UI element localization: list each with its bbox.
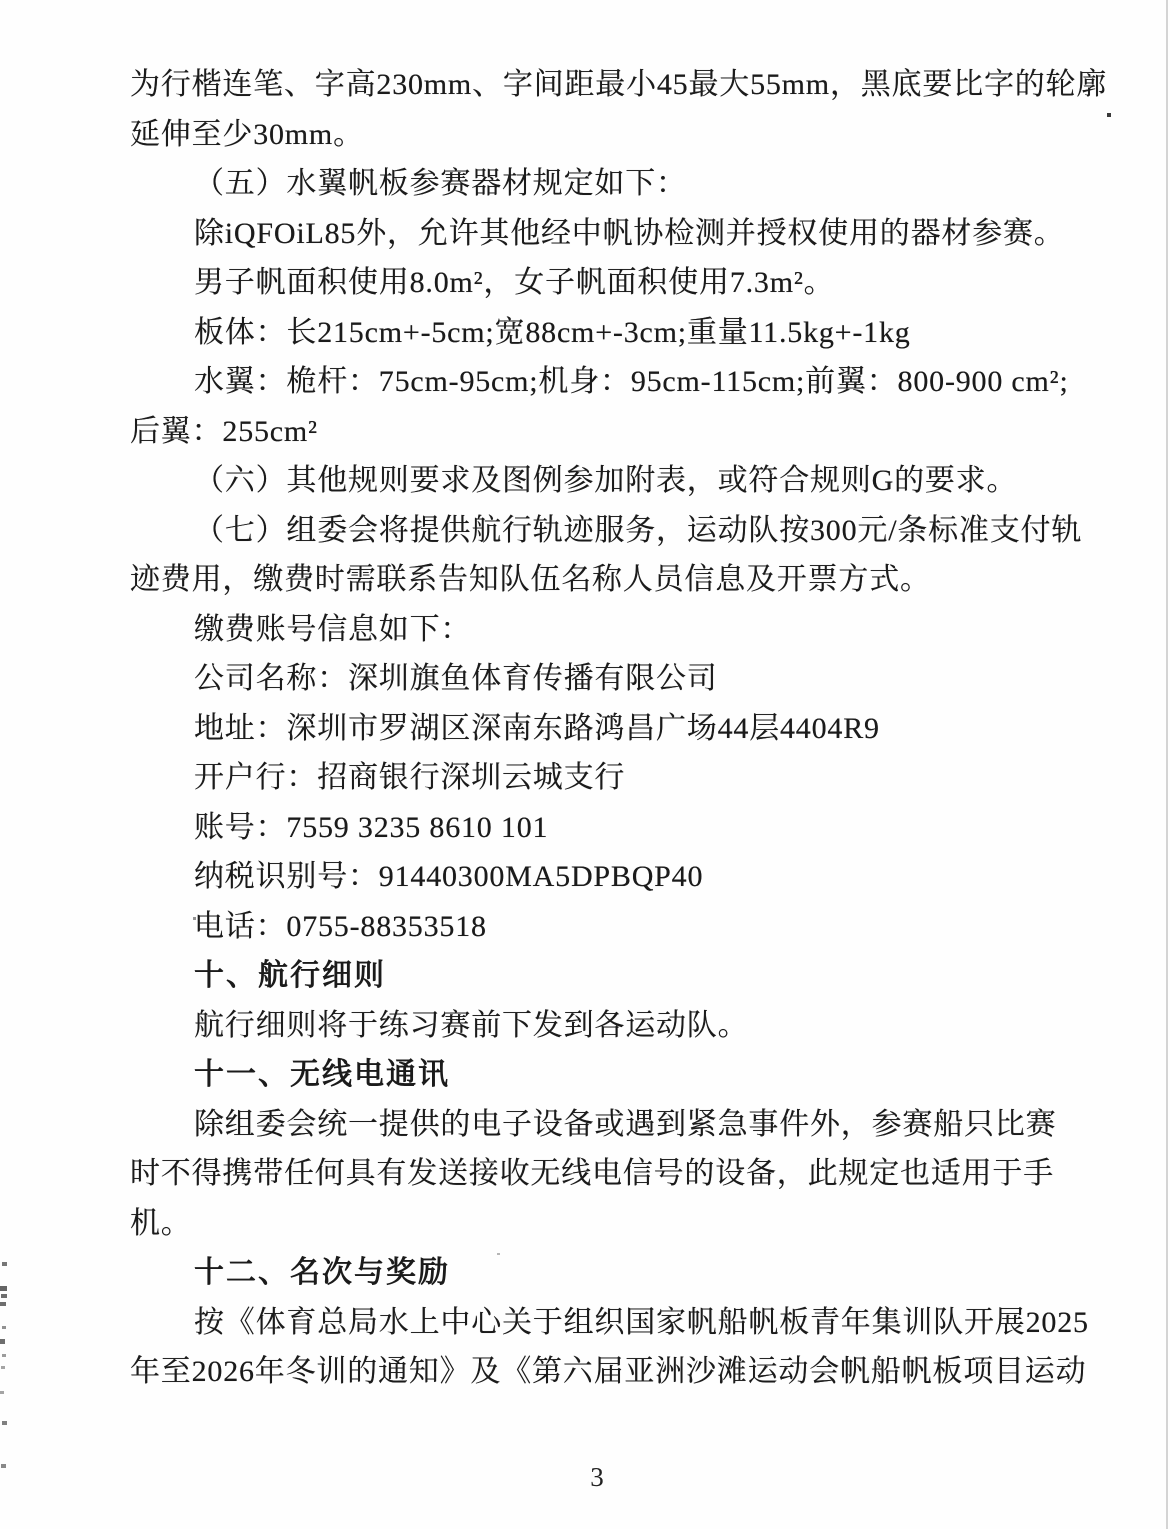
text-line: 除iQFOiL85外，允许其他经中帆协检测并授权使用的器材参赛。 xyxy=(130,209,1080,259)
text-line: 时不得携带任何具有发送接收无线电信号的设备，此规定也适用于手 xyxy=(130,1149,1080,1199)
scan-speck xyxy=(2,1326,6,1329)
text-line: 开户行：招商银行深圳云城支行 xyxy=(130,753,1080,803)
scan-speck xyxy=(2,1262,7,1266)
text-line: 年至2026年冬训的通知》及《第六届亚洲沙滩运动会帆船帆板项目运动 xyxy=(130,1347,1080,1397)
text-line: 账号：7559 3235 8610 101 xyxy=(130,803,1080,853)
page-number: 3 xyxy=(590,1462,604,1492)
section-heading: 十一、无线电通讯 xyxy=(130,1050,1080,1100)
scan-speck xyxy=(1,1294,7,1298)
scan-speck xyxy=(1,1366,5,1369)
text-line: 电话：0755-88353518 xyxy=(130,902,1080,952)
scan-speck xyxy=(193,917,196,920)
scan-speck xyxy=(2,1421,7,1425)
scan-speck xyxy=(1,1464,6,1468)
text-line: 为行楷连笔、字高230mm、字间距最小45最大55mm，黑底要比字的轮廓 xyxy=(130,60,1080,110)
document-page: 为行楷连笔、字高230mm、字间距最小45最大55mm，黑底要比字的轮廓 延伸至… xyxy=(0,0,1170,1529)
scan-speck xyxy=(0,1391,4,1394)
text-line: 水翼：桅杆：75cm-95cm;机身：95cm-115cm;前翼：800-900… xyxy=(130,357,1080,407)
scan-speck xyxy=(0,1339,5,1344)
text-line: 后翼：255cm² xyxy=(130,407,1080,457)
scan-speck xyxy=(0,1286,7,1291)
text-line: 航行细则将于练习赛前下发到各运动队。 xyxy=(130,1001,1080,1051)
text-line: 公司名称：深圳旗鱼体育传播有限公司 xyxy=(130,654,1080,704)
text-line: 按《体育总局水上中心关于组织国家帆船帆板青年集训队开展2025 xyxy=(130,1298,1080,1348)
text-line: 纳税识别号：91440300MA5DPBQP40 xyxy=(130,852,1080,902)
scan-speck xyxy=(1107,113,1111,117)
scan-speck xyxy=(497,1253,500,1255)
text-line: 除组委会统一提供的电子设备或遇到紧急事件外，参赛船只比赛 xyxy=(130,1100,1080,1150)
document-body: 为行楷连笔、字高230mm、字间距最小45最大55mm，黑底要比字的轮廓 延伸至… xyxy=(130,60,1080,1397)
text-line: （七）组委会将提供航行轨迹服务，运动队按300元/条标准支付轨 xyxy=(130,506,1080,556)
text-line: 机。 xyxy=(130,1199,1080,1249)
scan-edge-line xyxy=(1166,0,1168,1529)
scan-speck xyxy=(0,1302,6,1306)
section-heading: 十、航行细则 xyxy=(130,951,1080,1001)
text-line: 男子帆面积使用8.0m²，女子帆面积使用7.3m²。 xyxy=(130,258,1080,308)
text-line: （五）水翼帆板参赛器材规定如下： xyxy=(130,159,1080,209)
text-line: 地址：深圳市罗湖区深南东路鸿昌广场44层4404R9 xyxy=(130,704,1080,754)
text-line: （六）其他规则要求及图例参加附表，或符合规则G的要求。 xyxy=(130,456,1080,506)
section-heading: 十二、名次与奖励 xyxy=(130,1248,1080,1298)
text-line: 缴费账号信息如下： xyxy=(130,605,1080,655)
text-line: 板体：长215cm+-5cm;宽88cm+-3cm;重量11.5kg+-1kg xyxy=(130,308,1080,358)
text-line: 迹费用，缴费时需联系告知队伍名称人员信息及开票方式。 xyxy=(130,555,1080,605)
text-line: 延伸至少30mm。 xyxy=(130,110,1080,160)
scan-speck xyxy=(2,1354,6,1357)
